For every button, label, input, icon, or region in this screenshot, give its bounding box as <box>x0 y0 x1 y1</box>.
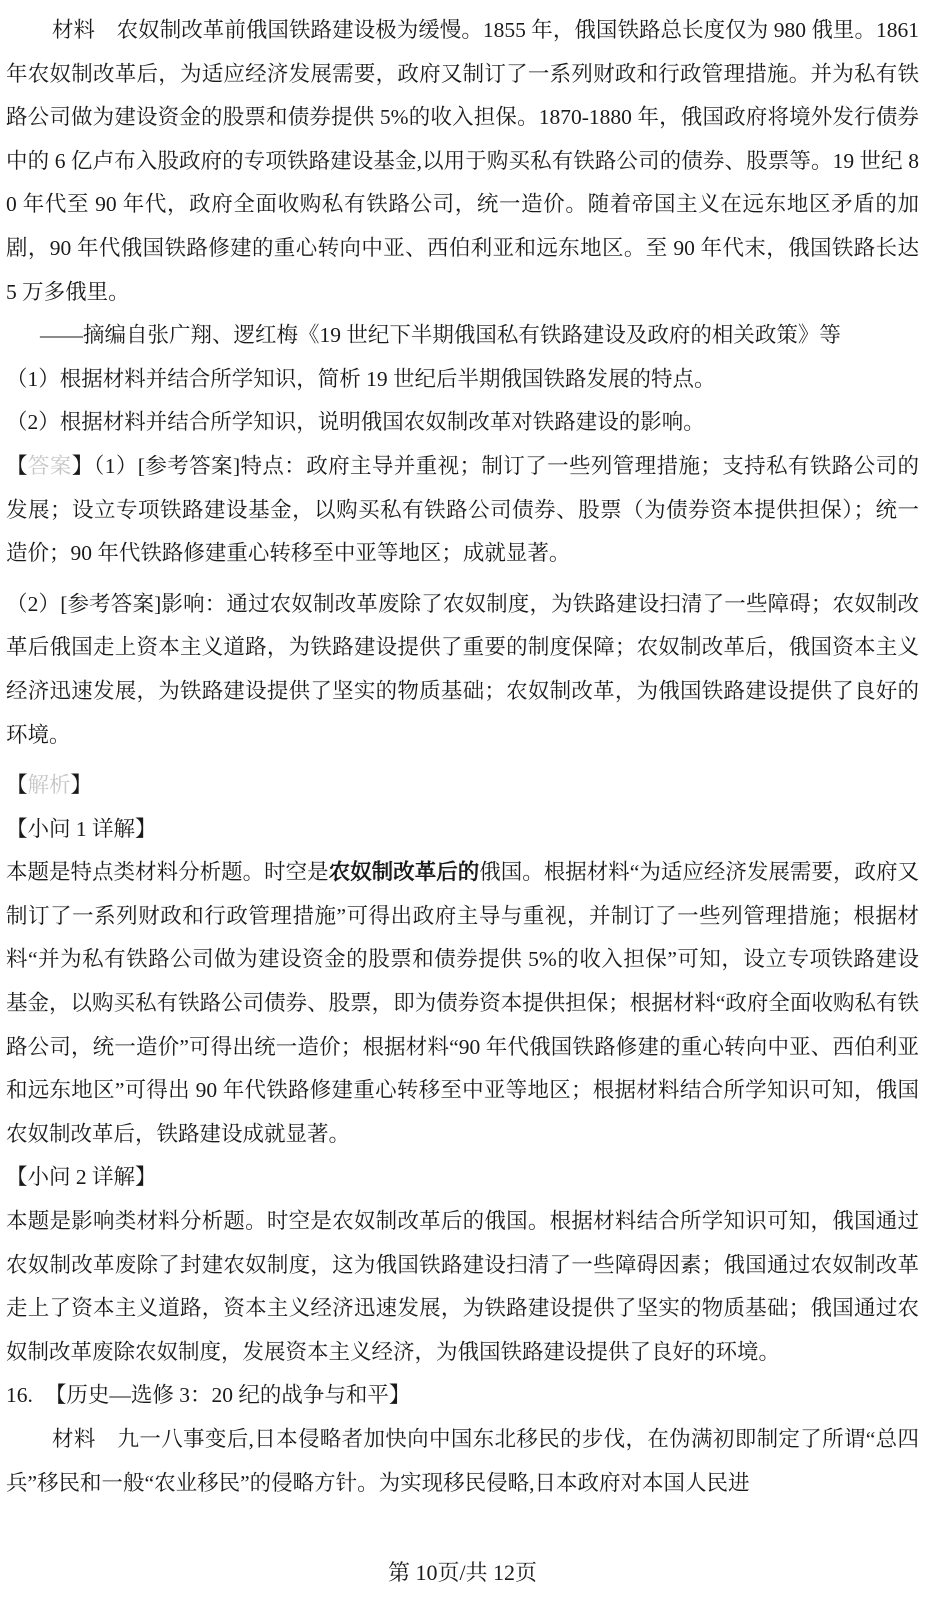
answer-bracket-open: 【 <box>6 454 28 478</box>
question-2: （2）根据材料并结合所学知识，说明俄国农奴制改革对铁路建设的影响。 <box>6 401 919 445</box>
analysis-label: 解析 <box>28 773 71 797</box>
answer-part-1-text: （1）[参考答案]特点：政府主导并重视；制订了一些列管理措施；支持私有铁路公司的… <box>6 454 919 565</box>
answer-bracket-close: 】 <box>72 454 94 478</box>
question-1: （1）根据材料并结合所学知识，简析 19 世纪后半期俄国铁路发展的特点。 <box>6 358 919 402</box>
emphasis-serfdom-reform: 农奴制改革后的 <box>329 860 480 884</box>
analysis-label-line: 【解析】 <box>6 764 919 808</box>
page-footer: 第 10页/共 12页 <box>0 1556 925 1590</box>
subquestion-2-heading: 【小问 2 详解】 <box>6 1156 919 1200</box>
material-16-paragraph: 材料 九一八事变后,日本侵略者加快向中国东北移民的步伐，在伪满初即制定了所谓“总… <box>6 1418 919 1505</box>
subquestion-1-text-after: 俄国。根据材料“为适应经济发展需要，政府又制订了一系列财政和行政管理措施”可得出… <box>6 860 919 1146</box>
material-paragraph: 材料 农奴制改革前俄国铁路建设极为缓慢。1855 年，俄国铁路总长度仅为 980… <box>6 9 919 314</box>
question-16-number: 16. <box>6 1383 33 1407</box>
answer-label: 答案 <box>28 454 72 478</box>
question-16-title: 【历史—选修 3：20 纪的战争与和平】 <box>45 1383 411 1407</box>
answer-part-1: 【答案】（1）[参考答案]特点：政府主导并重视；制订了一些列管理措施；支持私有铁… <box>6 445 919 576</box>
subquestion-2-text: 本题是影响类材料分析题。时空是农奴制改革后的俄国。根据材料结合所学知识可知，俄国… <box>6 1200 919 1374</box>
analysis-bracket-open: 【 <box>6 773 28 797</box>
question-16-heading: 16.【历史—选修 3：20 纪的战争与和平】 <box>6 1374 919 1418</box>
attribution-line: ——摘编自张广翔、逻红梅《19 世纪下半期俄国私有铁路建设及政府的相关政策》等 <box>6 314 919 358</box>
subquestion-1-text-before: 本题是特点类材料分析题。时空是 <box>6 860 329 884</box>
analysis-bracket-close: 】 <box>71 773 93 797</box>
answer-part-2: （2）[参考答案]影响：通过农奴制改革废除了农奴制度，为铁路建设扫清了一些障碍；… <box>6 583 919 757</box>
document-page: 材料 农奴制改革前俄国铁路建设极为缓慢。1855 年，俄国铁路总长度仅为 980… <box>0 0 925 1602</box>
subquestion-1-heading: 【小问 1 详解】 <box>6 808 919 852</box>
subquestion-1-text: 本题是特点类材料分析题。时空是农奴制改革后的俄国。根据材料“为适应经济发展需要，… <box>6 851 919 1156</box>
